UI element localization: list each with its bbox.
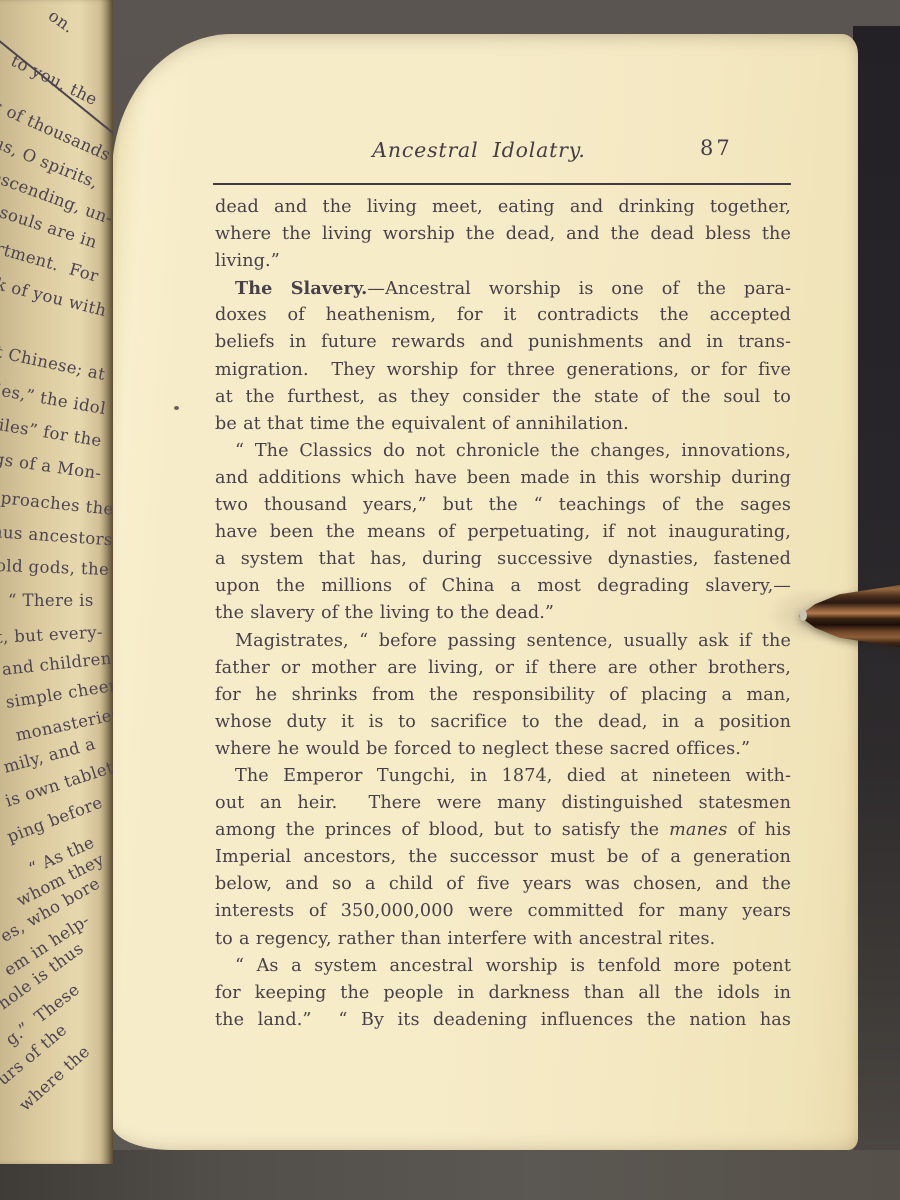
header-rule: [213, 183, 791, 185]
text-line: where he would be forced to neglect thes…: [215, 736, 791, 763]
text-line: The Emperor Tungchi, in 1874, died at ni…: [215, 763, 791, 790]
book-photograph: Ancestral Idolatry. 87 dead and the livi…: [0, 0, 900, 1200]
book-page: Ancestral Idolatry. 87 dead and the livi…: [112, 34, 858, 1150]
text-line: at the furthest, as they consider the st…: [215, 384, 791, 411]
text-line: upon the millions of China a most degrad…: [215, 573, 791, 600]
page-number: 87: [700, 136, 733, 160]
left-page-text-fragment: gs of a Mon-: [0, 449, 103, 484]
paper-speck: [174, 406, 179, 410]
text-line: interests of 350,000,000 were committed …: [215, 898, 791, 925]
text-line: and additions which have been made in th…: [215, 465, 791, 492]
text-line: migration. They worship for three genera…: [215, 357, 791, 384]
text-line: doxes of heathenism, for it contradicts …: [215, 302, 791, 329]
text-line: among the princes of blood, but to satis…: [215, 817, 791, 844]
left-page-text-fragment: tiles” for the: [0, 414, 103, 451]
left-page-text-fragment: simple cheer: [4, 676, 113, 713]
text-line: for he shrinks from the responsibility o…: [215, 682, 791, 709]
left-page-text-fragment: on.: [44, 6, 78, 38]
left-page-text-fragment: pproaches the: [0, 487, 113, 520]
pen-tip: [799, 583, 900, 649]
left-page-text-fragment: “ There is: [8, 591, 94, 611]
text-line: out an heir. There were many distinguish…: [215, 790, 791, 817]
text-line: where the living worship the dead, and t…: [215, 221, 791, 248]
pen-tip-glint: [800, 610, 807, 621]
body-text: dead and the living meet, eating and dri…: [215, 194, 791, 1034]
text-line: for keeping the people in darkness than …: [215, 980, 791, 1007]
left-page-text-fragment: old gods, the: [0, 556, 110, 580]
text-line: father or mother are living, or if there…: [215, 655, 791, 682]
table-surface-shadow: [0, 1150, 900, 1200]
left-page-text-fragment: t Chinese; at: [0, 342, 107, 385]
text-line: below, and so a child of five years was …: [215, 871, 791, 898]
text-line: Imperial ancestors, the successor must b…: [215, 844, 791, 871]
text-line: dead and the living meet, eating and dri…: [215, 194, 791, 221]
text-line: two thousand years,” but the “ teachings…: [215, 492, 791, 519]
left-page-text-fragment: and children: [1, 649, 113, 680]
left-page: on.to you, thes of thousandsus, O spirit…: [0, 0, 113, 1164]
left-page-text-fragment: hus ancestors: [0, 522, 113, 550]
text-line: be at that time the equivalent of annihi…: [215, 411, 791, 438]
text-line: whose duty it is to sacrifice to the dea…: [215, 709, 791, 736]
left-page-text-fragment: monasteries: [14, 704, 113, 746]
text-line: Magistrates, “ before passing sentence, …: [215, 628, 791, 655]
text-line: the slavery of the living to the dead.”: [215, 600, 791, 627]
running-header-title: Ancestral Idolatry.: [190, 138, 768, 162]
text-line: to a regency, rather than interfere with…: [215, 926, 791, 953]
left-page-text-fragment: t, but every-: [0, 622, 103, 648]
text-line: have been the means of perpetuating, if …: [215, 519, 791, 546]
left-page-text-fragment: to you, the: [8, 51, 101, 110]
text-line: The Slavery.—Ancestral worship is one of…: [215, 275, 791, 302]
text-line: the land.” “ By its deadening influences…: [215, 1007, 791, 1034]
pen-body: [799, 583, 900, 649]
text-line: beliefs in future rewards and punishment…: [215, 329, 791, 356]
text-line: living.”: [215, 248, 791, 275]
text-line: a system that has, during successive dyn…: [215, 546, 791, 573]
text-line: “ As a system ancestral worship is tenfo…: [215, 953, 791, 980]
left-page-text-fragment: ies,” the idol: [0, 380, 107, 419]
text-line: “ The Classics do not chronicle the chan…: [215, 438, 791, 465]
